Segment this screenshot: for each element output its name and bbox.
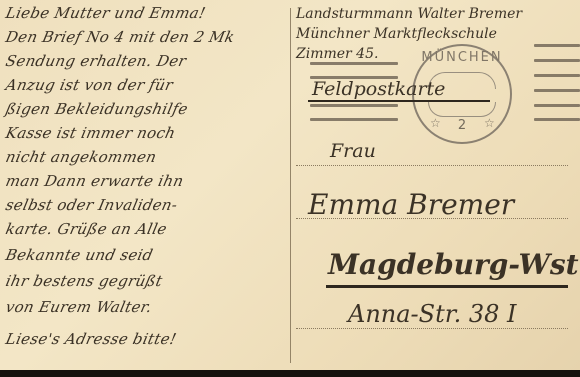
message-line: von Eurem Walter.	[4, 298, 154, 316]
postmark-number: 2	[414, 118, 510, 133]
message-line: ßigen Bekleidungshilfe	[4, 100, 190, 118]
address-dotted-line	[296, 218, 568, 219]
postcard-back: Liebe Mutter und Emma! Den Brief No 4 mi…	[0, 0, 580, 370]
message-line: Anzug ist von der für	[4, 76, 175, 94]
postmark-inner-arc	[428, 102, 496, 117]
postmark-city: MÜNCHEN	[414, 50, 510, 65]
message-line: Kasse ist immer noch	[4, 124, 177, 142]
sender-line: Münchner Marktfleckschule	[296, 26, 497, 42]
sender-line: Zimmer 45.	[296, 46, 378, 62]
message-line: Den Brief No 4 mit den 2 Mk	[4, 28, 236, 46]
cancellation-bar	[534, 104, 580, 107]
message-line: nicht angekommen	[4, 148, 158, 166]
message-line: karte. Grüße an Alle	[4, 220, 169, 238]
message-line: Liebe Mutter und Emma!	[4, 4, 207, 22]
recipient-name: Emma Bremer	[308, 188, 514, 221]
city-underline	[326, 285, 568, 288]
sender-line: Landsturmmann Walter Bremer	[296, 6, 522, 22]
cancellation-bar	[534, 44, 580, 47]
message-line: Bekannte und seid	[4, 246, 155, 264]
message-line: ihr bestens gegrüßt	[4, 272, 164, 290]
cancellation-bar	[534, 74, 580, 77]
card-type-underline	[308, 100, 490, 102]
recipient-salutation: Frau	[330, 140, 376, 162]
message-line: selbst oder Invaliden-	[4, 196, 179, 214]
message-line: Sendung erhalten. Der	[4, 52, 188, 70]
cancellation-bar	[310, 118, 398, 121]
card-divider	[290, 8, 291, 363]
message-line: Liese's Adresse bitte!	[4, 330, 178, 348]
recipient-street: Anna-Str. 38 I	[348, 300, 517, 328]
address-dotted-line	[296, 328, 568, 329]
photo-border	[0, 370, 580, 377]
address-dotted-line	[296, 165, 568, 166]
cancellation-bar	[534, 118, 580, 121]
cancellation-bar	[310, 104, 398, 107]
card-type-label: Feldpostkarte	[312, 78, 445, 100]
message-line: man Dann erwarte ihn	[4, 172, 185, 190]
recipient-city: Magdeburg-Wst.	[328, 248, 580, 281]
cancellation-bar	[310, 62, 398, 65]
cancellation-bar	[534, 59, 580, 62]
cancellation-bar	[534, 89, 580, 92]
